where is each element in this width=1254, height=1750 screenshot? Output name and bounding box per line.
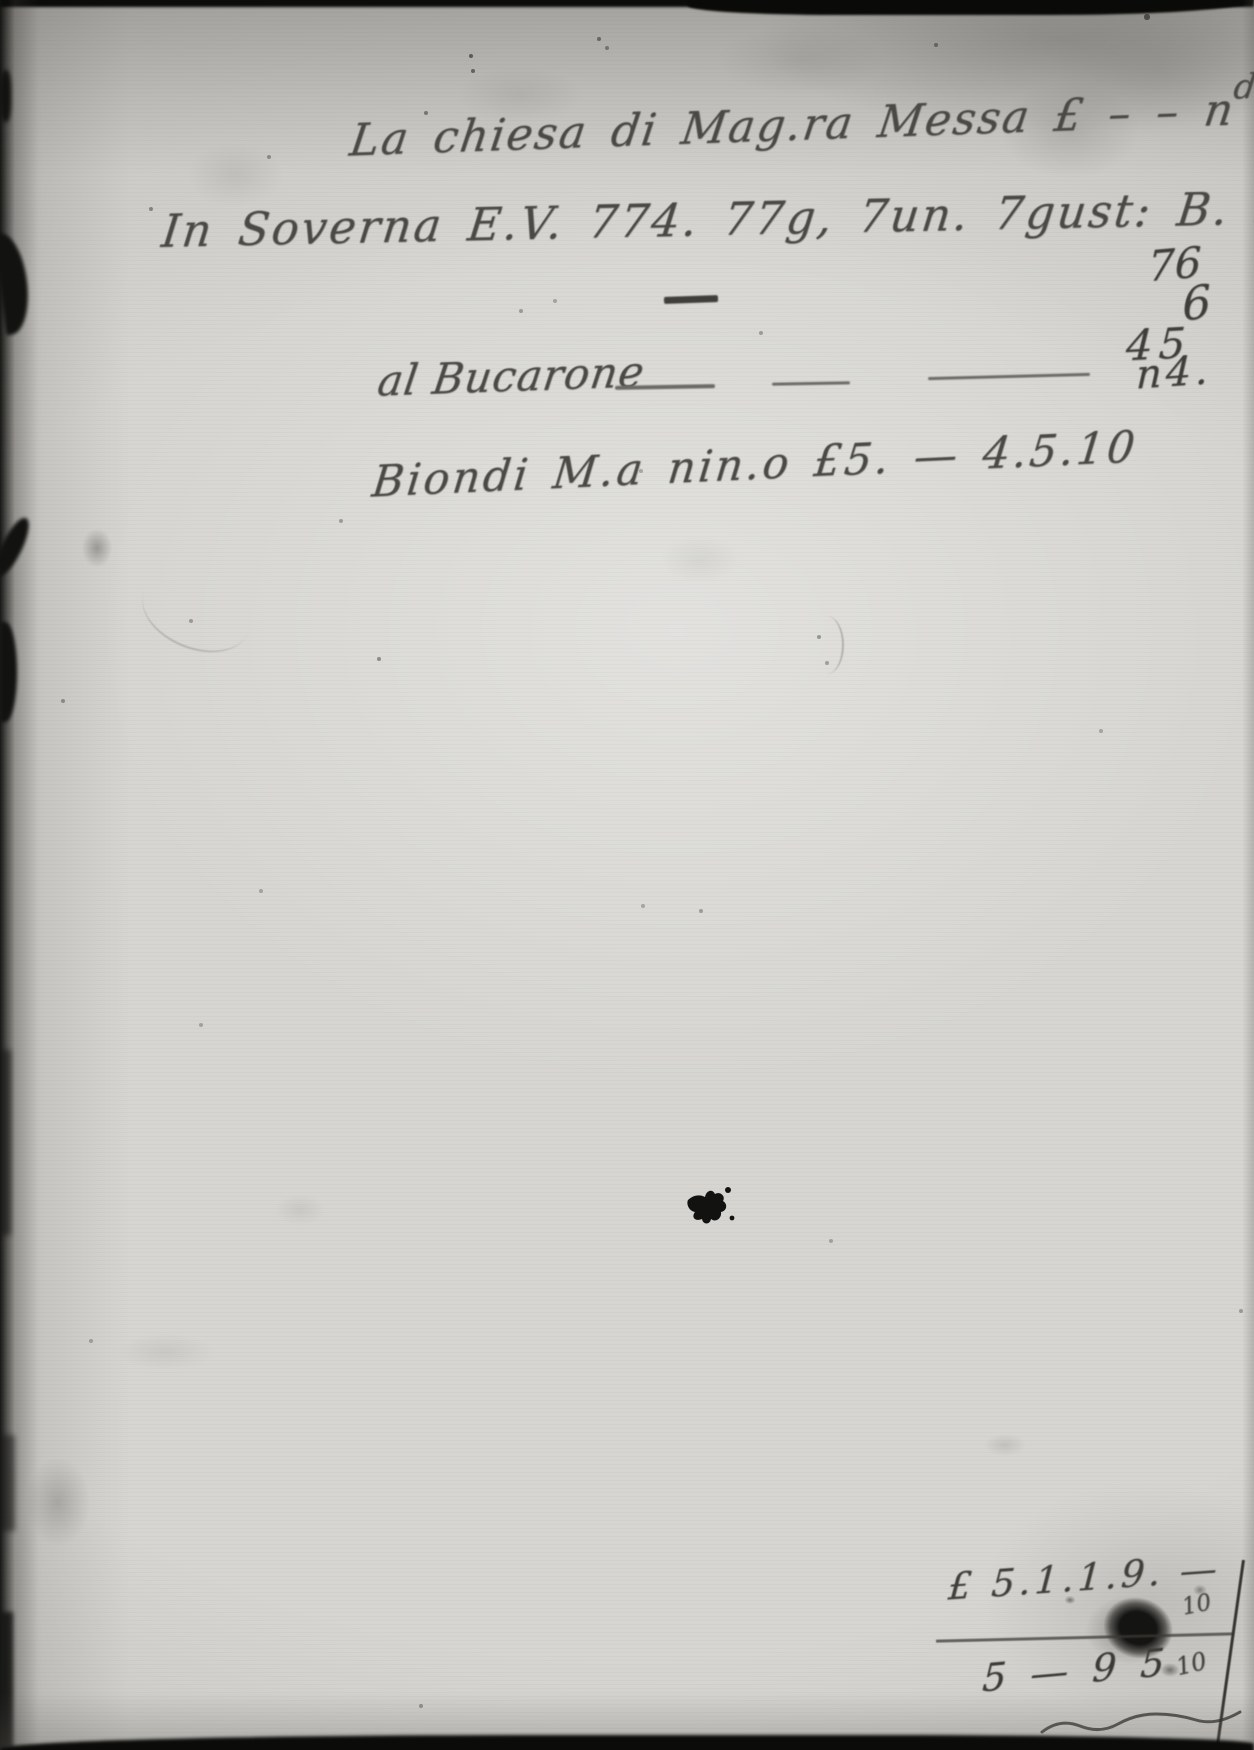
- top-edge-shadow-right: [688, 0, 1254, 15]
- paper-texture: [0, 0, 1254, 1750]
- binding-stitch-mark: [0, 1435, 15, 1531]
- ink-specks: [0, 0, 2, 2]
- total-2-carry: 10: [1173, 1647, 1209, 1681]
- sum-rule: [936, 1632, 1234, 1642]
- crease-mark: [130, 557, 262, 668]
- dash-mark: [664, 295, 718, 304]
- handwritten-total-line-2: 5 — 9 5: [981, 1640, 1171, 1701]
- dash-stroke: [615, 384, 715, 390]
- handwritten-taverna-line: In Soverna E.V. 774. 77g, 7un. 7gust: B.…: [159, 179, 1254, 258]
- title-superscript: d: [1231, 67, 1254, 108]
- dash-stroke: [928, 373, 1090, 380]
- title-text: La chiesa di Mag.ra Messa £ – – n: [347, 85, 1239, 167]
- binding-stitch-mark: [0, 1612, 13, 1748]
- crease-mark: [810, 616, 844, 674]
- handwritten-title-line: La chiesa di Mag.ra Messa £ – – nd – –: [347, 80, 1254, 166]
- binding-stitch-mark: [0, 70, 11, 122]
- right-edge-shadow: [1242, 0, 1254, 1750]
- handwritten-bucarone-line: al Bucarone: [375, 347, 648, 406]
- figure-column-value: n4.: [1135, 347, 1212, 399]
- handwritten-biondi-line: Biondi M.a nin.o £5. — 4.5.10: [370, 422, 1141, 507]
- ink-blot-center: [682, 1176, 742, 1228]
- bottom-edge-shadow: [0, 1735, 1254, 1750]
- binding-stitch-mark: [0, 1050, 11, 1235]
- total-1-carry: 10: [1180, 1589, 1214, 1620]
- dash-stroke: [772, 381, 850, 385]
- manuscript-page: La chiesa di Mag.ra Messa £ – – nd – – I…: [0, 0, 1254, 1750]
- stain-overlay: [0, 0, 1254, 1750]
